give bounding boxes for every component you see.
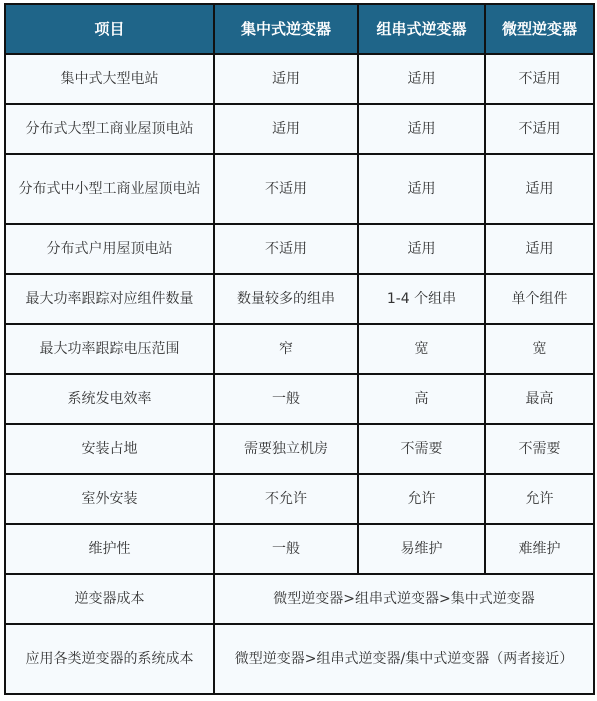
- header-string-inverter: 组串式逆变器: [358, 4, 485, 54]
- table-row-merged: 逆变器成本 微型逆变器>组串式逆变器>集中式逆变器: [5, 574, 594, 624]
- cell-micro: 适用: [485, 154, 594, 224]
- cell-central: 不适用: [214, 224, 358, 274]
- table-row: 分布式大型工商业屋顶电站 适用 适用 不适用: [5, 104, 594, 154]
- cell-central: 需要独立机房: [214, 424, 358, 474]
- cell-micro: 不适用: [485, 104, 594, 154]
- cell-string: 宽: [358, 324, 485, 374]
- cell-central: 数量较多的组串: [214, 274, 358, 324]
- cell-string: 适用: [358, 104, 485, 154]
- cell-central: 不适用: [214, 154, 358, 224]
- cell-string: 适用: [358, 154, 485, 224]
- cell-string: 允许: [358, 474, 485, 524]
- cell-micro: 不需要: [485, 424, 594, 474]
- cell-string: 易维护: [358, 524, 485, 574]
- cell-micro: 宽: [485, 324, 594, 374]
- cell-micro: 不适用: [485, 54, 594, 104]
- cell-micro: 允许: [485, 474, 594, 524]
- header-micro-inverter: 微型逆变器: [485, 4, 594, 54]
- table-row: 维护性 一般 易维护 难维护: [5, 524, 594, 574]
- table-row: 分布式户用屋顶电站 不适用 适用 适用: [5, 224, 594, 274]
- table-row: 分布式中小型工商业屋顶电站 不适用 适用 适用: [5, 154, 594, 224]
- cell-central: 窄: [214, 324, 358, 374]
- inverter-comparison-table: 项目 集中式逆变器 组串式逆变器 微型逆变器 集中式大型电站 适用 适用 不适用…: [4, 3, 595, 695]
- row-item: 室外安装: [5, 474, 214, 524]
- header-row: 项目 集中式逆变器 组串式逆变器 微型逆变器: [5, 4, 594, 54]
- cell-central: 适用: [214, 104, 358, 154]
- table-row: 最大功率跟踪对应组件数量 数量较多的组串 1-4 个组串 单个组件: [5, 274, 594, 324]
- row-item: 分布式中小型工商业屋顶电站: [5, 154, 214, 224]
- cell-micro: 适用: [485, 224, 594, 274]
- cell-central: 适用: [214, 54, 358, 104]
- cell-string: 1-4 个组串: [358, 274, 485, 324]
- cell-central: 一般: [214, 524, 358, 574]
- table-row: 最大功率跟踪电压范围 窄 宽 宽: [5, 324, 594, 374]
- cell-merged-value: 微型逆变器>组串式逆变器>集中式逆变器: [214, 574, 594, 624]
- row-item: 系统发电效率: [5, 374, 214, 424]
- table-row-merged: 应用各类逆变器的系统成本 微型逆变器>组串式逆变器/集中式逆变器（两者接近）: [5, 624, 594, 694]
- cell-micro: 单个组件: [485, 274, 594, 324]
- row-item: 最大功率跟踪对应组件数量: [5, 274, 214, 324]
- cell-string: 适用: [358, 224, 485, 274]
- row-item: 维护性: [5, 524, 214, 574]
- row-item: 集中式大型电站: [5, 54, 214, 104]
- row-item: 安装占地: [5, 424, 214, 474]
- cell-string: 适用: [358, 54, 485, 104]
- table-row: 安装占地 需要独立机房 不需要 不需要: [5, 424, 594, 474]
- row-item: 逆变器成本: [5, 574, 214, 624]
- row-item: 应用各类逆变器的系统成本: [5, 624, 214, 694]
- cell-central: 一般: [214, 374, 358, 424]
- cell-merged-value: 微型逆变器>组串式逆变器/集中式逆变器（两者接近）: [214, 624, 594, 694]
- cell-micro: 最高: [485, 374, 594, 424]
- cell-string: 不需要: [358, 424, 485, 474]
- cell-string: 高: [358, 374, 485, 424]
- row-item: 分布式大型工商业屋顶电站: [5, 104, 214, 154]
- row-item: 分布式户用屋顶电站: [5, 224, 214, 274]
- table-row: 集中式大型电站 适用 适用 不适用: [5, 54, 594, 104]
- header-item: 项目: [5, 4, 214, 54]
- row-item: 最大功率跟踪电压范围: [5, 324, 214, 374]
- table-row: 室外安装 不允许 允许 允许: [5, 474, 594, 524]
- header-central-inverter: 集中式逆变器: [214, 4, 358, 54]
- cell-central: 不允许: [214, 474, 358, 524]
- table-row: 系统发电效率 一般 高 最高: [5, 374, 594, 424]
- cell-micro: 难维护: [485, 524, 594, 574]
